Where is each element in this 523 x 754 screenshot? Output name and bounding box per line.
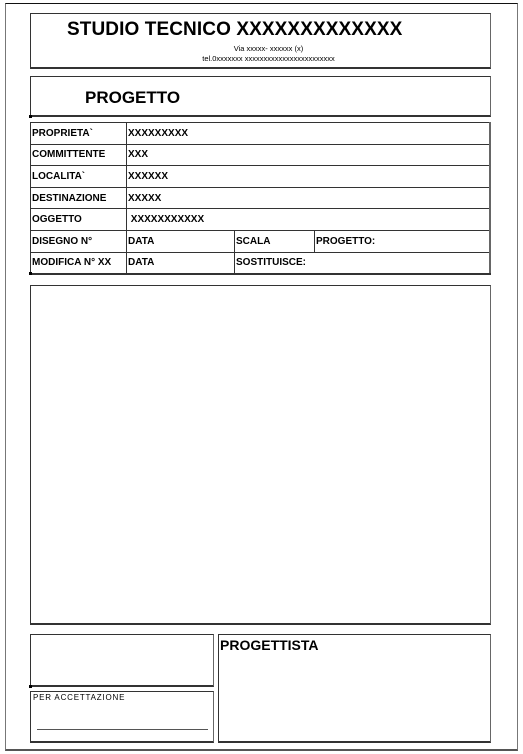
scale-label: SCALA [235, 230, 315, 252]
project-box: PROGETTO [30, 76, 491, 117]
studio-title: STUDIO TECNICO XXXXXXXXXXXXX [67, 19, 402, 41]
row-value: XXXXX [127, 187, 491, 209]
acceptance-label: PER ACCETTAZIONE [33, 693, 125, 702]
info-table: PROPRIETA` XXXXXXXXX COMMITTENTE XXX LOC… [30, 122, 491, 275]
row-value: XXXXXX [127, 166, 491, 188]
drawing-area [30, 285, 491, 625]
corner-mark [29, 115, 32, 118]
table-row: LOCALITA` XXXXXX [31, 166, 491, 188]
signature-line [37, 729, 208, 730]
corner-mark [29, 272, 32, 275]
replaces-label: SOSTITUISCE: [235, 252, 491, 274]
row-value: XXXXXXXXX [127, 123, 491, 145]
studio-address: Via xxxxx- xxxxxx (x) [39, 44, 498, 53]
row-label: OGGETTO [31, 209, 127, 231]
table-row-drawing: DISEGNO N° DATA SCALA PROGETTO: [31, 230, 491, 252]
drawing-number-label: DISEGNO N° [31, 230, 127, 252]
table-row: OGGETTO XXXXXXXXXXX [31, 209, 491, 231]
table-row: COMMITTENTE XXX [31, 144, 491, 166]
designer-box: PROGETTISTA [218, 634, 491, 743]
revision-label: MODIFICA N° XX [31, 252, 127, 274]
designer-label: PROGETTISTA [220, 637, 319, 653]
table-row: PROPRIETA` XXXXXXXXX [31, 123, 491, 145]
project-title: PROGETTO [85, 88, 180, 108]
table-row-revision: MODIFICA N° XX DATA SOSTITUISCE: [31, 252, 491, 274]
row-label: DESTINAZIONE [31, 187, 127, 209]
row-value: XXX [127, 144, 491, 166]
project-code-label: PROGETTO: [315, 230, 491, 252]
row-label: LOCALITA` [31, 166, 127, 188]
row-value: XXXXXXXXXXX [127, 209, 491, 231]
acceptance-box: PER ACCETTAZIONE [30, 691, 214, 743]
row-label: PROPRIETA` [31, 123, 127, 145]
row-label: COMMITTENTE [31, 144, 127, 166]
studio-contact: tel.0xxxxxxx xxxxxxxxxxxxxxxxxxxxxxxx [39, 54, 498, 63]
corner-mark [29, 685, 32, 688]
stamp-box [30, 634, 214, 687]
table-row: DESTINAZIONE XXXXX [31, 187, 491, 209]
revision-date-label: DATA [127, 252, 235, 274]
drawing-date-label: DATA [127, 230, 235, 252]
studio-header: STUDIO TECNICO XXXXXXXXXXXXX Via xxxxx- … [30, 13, 491, 69]
